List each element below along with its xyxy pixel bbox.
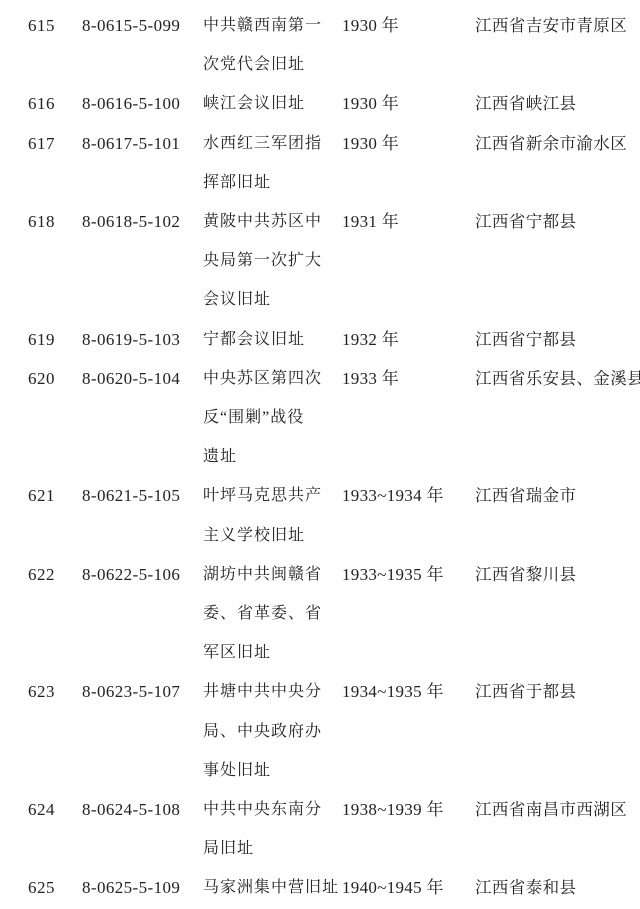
- cell-year: 1932 年: [342, 320, 475, 359]
- table-row: 624 8-0624-5-108 中共中央东南分 局旧址 1938~1939 年…: [0, 790, 640, 868]
- cell-serial-number: 625: [28, 868, 82, 907]
- cell-location: 江西省于都县: [475, 672, 640, 711]
- cell-location: 江西省宁都县: [475, 320, 640, 359]
- cell-site-name: 井塘中共中央分 局、中央政府办 事处旧址: [203, 672, 342, 790]
- cell-location: 江西省吉安市青原区: [475, 6, 640, 45]
- table-row: 615 8-0615-5-099 中共赣西南第一 次党代会旧址 1930 年 江…: [0, 6, 640, 84]
- cell-code: 8-0624-5-108: [82, 790, 203, 829]
- cell-code: 8-0616-5-100: [82, 84, 203, 123]
- cell-site-name: 湖坊中共闽赣省 委、省革委、省 军区旧址: [203, 555, 342, 673]
- cell-site-name: 中共赣西南第一 次党代会旧址: [203, 6, 342, 84]
- cell-code: 8-0617-5-101: [82, 124, 203, 163]
- table-row: 620 8-0620-5-104 中央苏区第四次 反“围剿”战役 遗址 1933…: [0, 359, 640, 477]
- cell-location: 江西省黎川县: [475, 555, 640, 594]
- cell-year: 1934~1935 年: [342, 672, 475, 711]
- cell-location: 江西省峡江县: [475, 84, 640, 123]
- cell-serial-number: 618: [28, 202, 82, 241]
- cell-site-name: 黄陂中共苏区中 央局第一次扩大 会议旧址: [203, 202, 342, 320]
- cell-year: 1930 年: [342, 6, 475, 45]
- cell-year: 1930 年: [342, 124, 475, 163]
- cell-code: 8-0618-5-102: [82, 202, 203, 241]
- cell-code: 8-0615-5-099: [82, 6, 203, 45]
- cell-location: 江西省瑞金市: [475, 476, 640, 515]
- table-row: 617 8-0617-5-101 水西红三军团指 挥部旧址 1930 年 江西省…: [0, 124, 640, 202]
- cell-site-name: 中共中央东南分 局旧址: [203, 790, 342, 868]
- cell-site-name: 叶坪马克思共产 主义学校旧址: [203, 476, 342, 554]
- cell-site-name: 宁都会议旧址: [203, 320, 342, 359]
- table-row: 622 8-0622-5-106 湖坊中共闽赣省 委、省革委、省 军区旧址 19…: [0, 555, 640, 673]
- table-row: 621 8-0621-5-105 叶坪马克思共产 主义学校旧址 1933~193…: [0, 476, 640, 554]
- cell-serial-number: 616: [28, 84, 82, 123]
- cell-location: 江西省南昌市西湖区: [475, 790, 640, 829]
- cell-year: 1940~1945 年: [342, 868, 475, 907]
- cell-serial-number: 624: [28, 790, 82, 829]
- cell-code: 8-0622-5-106: [82, 555, 203, 594]
- cell-serial-number: 620: [28, 359, 82, 398]
- cell-serial-number: 615: [28, 6, 82, 45]
- cell-code: 8-0625-5-109: [82, 868, 203, 907]
- cell-code: 8-0621-5-105: [82, 476, 203, 515]
- document-page: 615 8-0615-5-099 中共赣西南第一 次党代会旧址 1930 年 江…: [0, 0, 640, 909]
- cell-serial-number: 617: [28, 124, 82, 163]
- heritage-sites-table: 615 8-0615-5-099 中共赣西南第一 次党代会旧址 1930 年 江…: [0, 6, 640, 908]
- cell-location: 江西省乐安县、金溪县: [475, 359, 640, 398]
- cell-year: 1933~1934 年: [342, 476, 475, 515]
- cell-year: 1938~1939 年: [342, 790, 475, 829]
- cell-location: 江西省新余市渝水区: [475, 124, 640, 163]
- cell-code: 8-0619-5-103: [82, 320, 203, 359]
- table-row: 623 8-0623-5-107 井塘中共中央分 局、中央政府办 事处旧址 19…: [0, 672, 640, 790]
- cell-code: 8-0620-5-104: [82, 359, 203, 398]
- cell-location: 江西省泰和县: [475, 868, 640, 907]
- cell-location: 江西省宁都县: [475, 202, 640, 241]
- cell-serial-number: 622: [28, 555, 82, 594]
- cell-code: 8-0623-5-107: [82, 672, 203, 711]
- table-row: 625 8-0625-5-109 马家洲集中营旧址 1940~1945 年 江西…: [0, 868, 640, 907]
- cell-year: 1933~1935 年: [342, 555, 475, 594]
- cell-serial-number: 619: [28, 320, 82, 359]
- cell-year: 1931 年: [342, 202, 475, 241]
- cell-site-name: 峡江会议旧址: [203, 84, 342, 123]
- table-row: 619 8-0619-5-103 宁都会议旧址 1932 年 江西省宁都县: [0, 320, 640, 359]
- cell-year: 1930 年: [342, 84, 475, 123]
- cell-serial-number: 621: [28, 476, 82, 515]
- table-row: 618 8-0618-5-102 黄陂中共苏区中 央局第一次扩大 会议旧址 19…: [0, 202, 640, 320]
- cell-site-name: 水西红三军团指 挥部旧址: [203, 124, 342, 202]
- cell-serial-number: 623: [28, 672, 82, 711]
- cell-site-name: 马家洲集中营旧址: [203, 868, 342, 907]
- table-row: 616 8-0616-5-100 峡江会议旧址 1930 年 江西省峡江县: [0, 84, 640, 123]
- cell-site-name: 中央苏区第四次 反“围剿”战役 遗址: [203, 359, 342, 477]
- cell-year: 1933 年: [342, 359, 475, 398]
